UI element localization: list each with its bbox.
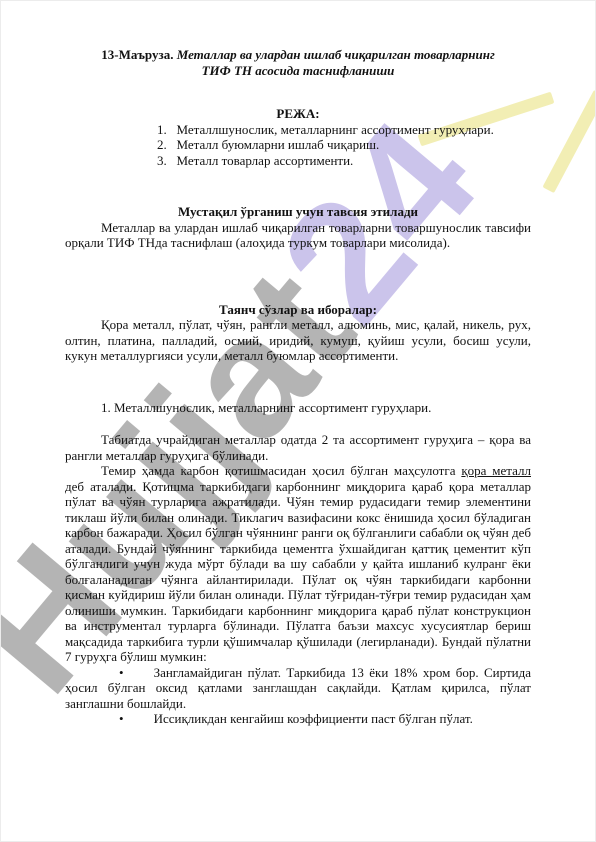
self-study-paragraph: Металлар ва улардан ишлаб чиқарилган тов… (65, 220, 531, 251)
document-content: 13-Маъруза. Металлар ва улардан ишлаб чи… (1, 1, 595, 727)
section1-paragraph-1: Табиатда учрайдиган металлар одатда 2 та… (65, 432, 531, 463)
section1-heading: 1. Металлшунослик, металларнинг ассортим… (65, 400, 531, 416)
bullet-marker: • (119, 711, 124, 726)
plan-item: Металл буюмларни ишлаб чиқариш. (157, 137, 531, 153)
section1-paragraph-2: Темир ҳамда карбон қотишмасидан ҳосил бў… (65, 463, 531, 665)
bullet-marker: • (119, 665, 124, 680)
lecture-title: 13-Маъруза. Металлар ва улардан ишлаб чи… (65, 47, 531, 78)
underlined-term: қора металл (461, 463, 531, 478)
bullet-text: Иссиқликдан кенгайиш коэффициенти паст б… (154, 711, 473, 726)
self-study-heading: Мустақил ўрганиш учун тавсия этилади (65, 204, 531, 220)
bullet-item: •Зангламайдиган пўлат. Таркибида 13 ёки … (65, 665, 531, 712)
bullet-text: Зангламайдиган пўлат. Таркибида 13 ёки 1… (65, 665, 531, 711)
plan-item: Металл товарлар ассортименти. (157, 153, 531, 169)
lecture-title-line1: Металлар ва улардан ишлаб чиқарилган тов… (177, 47, 495, 62)
keywords-paragraph: Қора металл, пўлат, чўян, рангли металл,… (65, 317, 531, 364)
lecture-title-line2: ТИФ ТН асосида таснифланиши (202, 63, 395, 78)
plan-item: Металлшунослик, металларнинг ассортимент… (157, 122, 531, 138)
paragraph-text: Темир ҳамда карбон қотишмасидан ҳосил бў… (101, 463, 461, 478)
keywords-heading: Таянч сўзлар ва иборалар: (65, 302, 531, 318)
paragraph-text: деб аталади. Қотишма таркибидаги карбонн… (65, 479, 531, 665)
document-page: Hujjat24 13-Маъруза. Металлар ва улардан… (0, 0, 596, 842)
plan-heading: РЕЖА: (65, 106, 531, 122)
lecture-number: 13-Маъруза. (101, 47, 173, 62)
bullet-item: •Иссиқликдан кенгайиш коэффициенти паст … (65, 711, 531, 727)
plan-list: Металлшунослик, металларнинг ассортимент… (65, 122, 531, 169)
